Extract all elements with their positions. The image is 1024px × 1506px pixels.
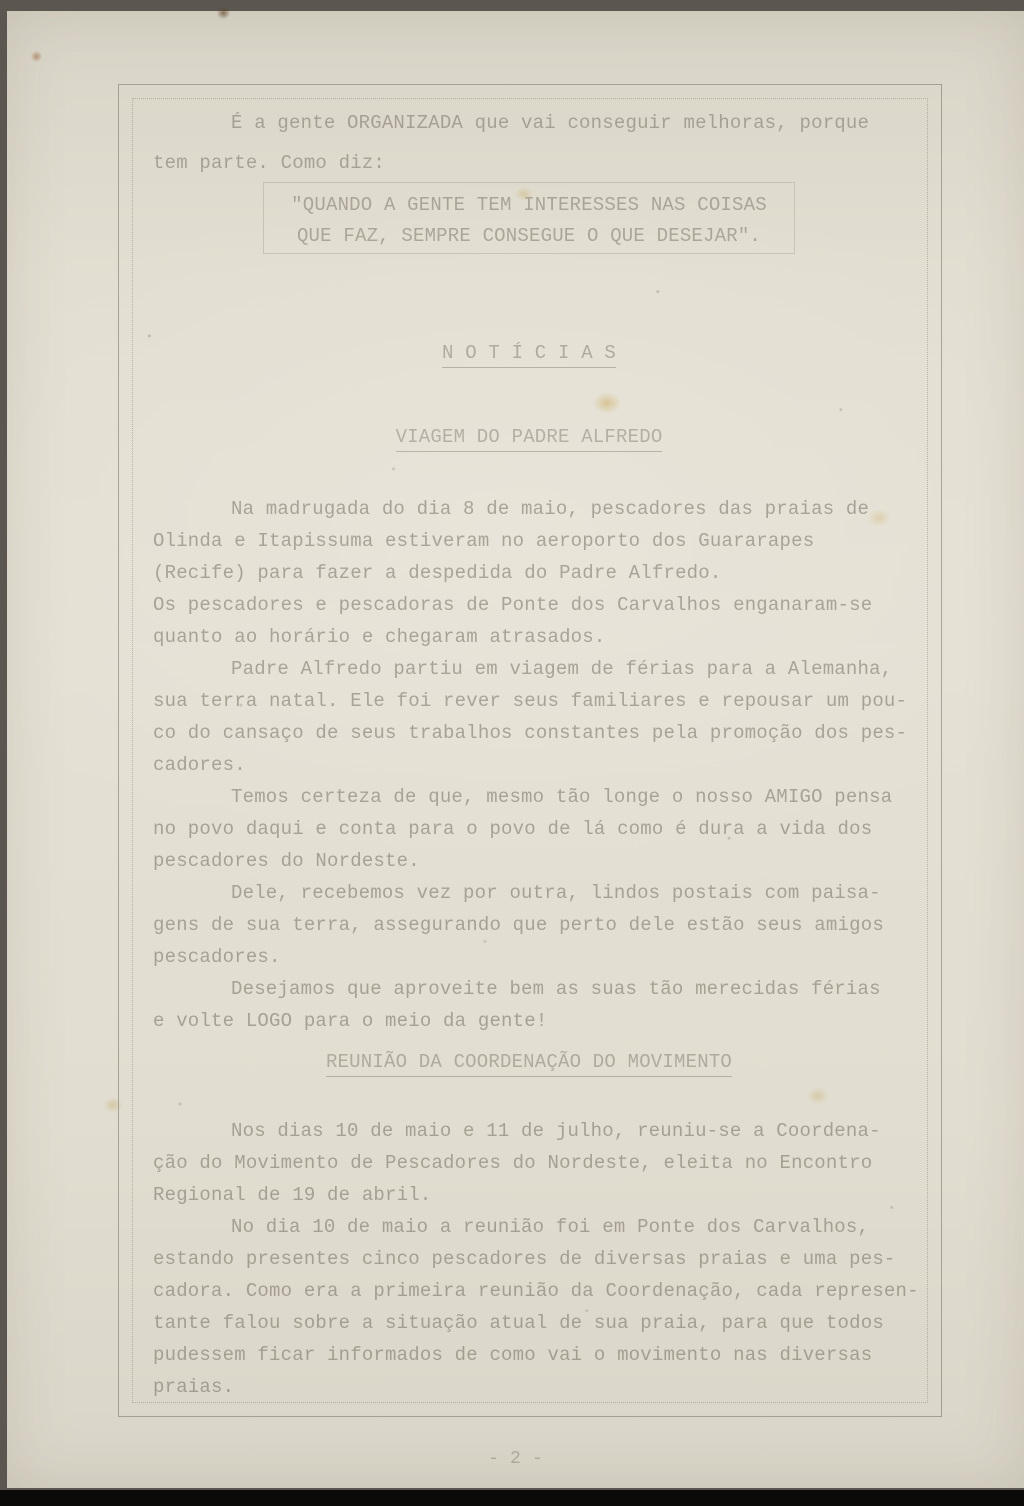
- text-line: cadores.: [153, 749, 933, 781]
- text-line: pudessem ficar informados de como vai o …: [153, 1339, 933, 1371]
- text-line: Na madrugada do dia 8 de maio, pescadore…: [153, 493, 933, 525]
- text-line: no povo daqui e conta para o povo de lá …: [153, 813, 933, 845]
- text-line: Desejamos que aproveite bem as suas tão …: [153, 973, 933, 1005]
- section-body-reuniao-coordenacao: Nos dias 10 de maio e 11 de julho, reuni…: [153, 1115, 933, 1403]
- paragraph: Temos certeza de que, mesmo tão longe o …: [153, 781, 933, 877]
- text-line: gens de sua terra, assegurando que perto…: [153, 909, 933, 941]
- news-heading: N O T Í C I A S: [118, 342, 940, 364]
- text-line: sua terra natal. Ele foi rever seus fami…: [153, 685, 933, 717]
- text-line: praias.: [153, 1371, 933, 1403]
- paragraph: Nos dias 10 de maio e 11 de julho, reuni…: [153, 1115, 933, 1211]
- paragraph: Padre Alfredo partiu em viagem de férias…: [153, 653, 933, 781]
- paragraph: Dele, recebemos vez por outra, lindos po…: [153, 877, 933, 973]
- text-line: co do cansaço de seus trabalhos constant…: [153, 717, 933, 749]
- text-line: Olinda e Itapissuma estiveram no aeropor…: [153, 525, 933, 557]
- section-title-padre-alfredo: VIAGEM DO PADRE ALFREDO: [118, 426, 940, 448]
- paragraph: Na madrugada do dia 8 de maio, pescadore…: [153, 493, 933, 653]
- text-line: (Recife) para fazer a despedida do Padre…: [153, 557, 933, 589]
- text-line: pescadores do Nordeste.: [153, 845, 933, 877]
- text-line: QUE FAZ, SEMPRE CONSEGUE O QUE DESEJAR".: [264, 221, 794, 252]
- section-title-text: VIAGEM DO PADRE ALFREDO: [396, 426, 663, 452]
- text-line: No dia 10 de maio a reunião foi em Ponte…: [153, 1211, 933, 1243]
- text-line: tem parte. Como diz:: [153, 143, 933, 183]
- text-line: Regional de 19 de abril.: [153, 1179, 933, 1211]
- intro-paragraph: É a gente ORGANIZADA que vai conseguir m…: [153, 103, 933, 183]
- text-line: ção do Movimento de Pescadores do Nordes…: [153, 1147, 933, 1179]
- text-line: Temos certeza de que, mesmo tão longe o …: [153, 781, 933, 813]
- text-line: quanto ao horário e chegaram atrasados.: [153, 621, 933, 653]
- paragraph: Desejamos que aproveite bem as suas tão …: [153, 973, 933, 1037]
- text-line: Nos dias 10 de maio e 11 de julho, reuni…: [153, 1115, 933, 1147]
- quote-box: "QUANDO A GENTE TEM INTERESSES NAS COISA…: [263, 182, 795, 254]
- news-heading-text: N O T Í C I A S: [442, 342, 616, 368]
- text-line: cadora. Como era a primeira reunião da C…: [153, 1275, 933, 1307]
- text-line: Dele, recebemos vez por outra, lindos po…: [153, 877, 933, 909]
- paper-sheet: É a gente ORGANIZADA que vai conseguir m…: [7, 11, 1024, 1488]
- text-line: estando presentes cinco pescadores de di…: [153, 1243, 933, 1275]
- section-title-text: REUNIÃO DA COORDENAÇÃO DO MOVIMENTO: [326, 1051, 732, 1077]
- text-line: É a gente ORGANIZADA que vai conseguir m…: [153, 103, 933, 143]
- stain-spot: [31, 51, 42, 62]
- page-number: - 2 -: [7, 1449, 1024, 1469]
- text-line: Padre Alfredo partiu em viagem de férias…: [153, 653, 933, 685]
- section-body-padre-alfredo: Na madrugada do dia 8 de maio, pescadore…: [153, 493, 933, 1037]
- scanned-document-page: É a gente ORGANIZADA que vai conseguir m…: [0, 0, 1024, 1506]
- text-line: Os pescadores e pescadoras de Ponte dos …: [153, 589, 933, 621]
- text-line: pescadores.: [153, 941, 933, 973]
- text-line: tante falou sobre a situação atual de su…: [153, 1307, 933, 1339]
- paragraph: No dia 10 de maio a reunião foi em Ponte…: [153, 1211, 933, 1403]
- section-title-reuniao-coordenacao: REUNIÃO DA COORDENAÇÃO DO MOVIMENTO: [118, 1051, 940, 1073]
- text-line: e volte LOGO para o meio da gente!: [153, 1005, 933, 1037]
- text-line: "QUANDO A GENTE TEM INTERESSES NAS COISA…: [264, 190, 794, 221]
